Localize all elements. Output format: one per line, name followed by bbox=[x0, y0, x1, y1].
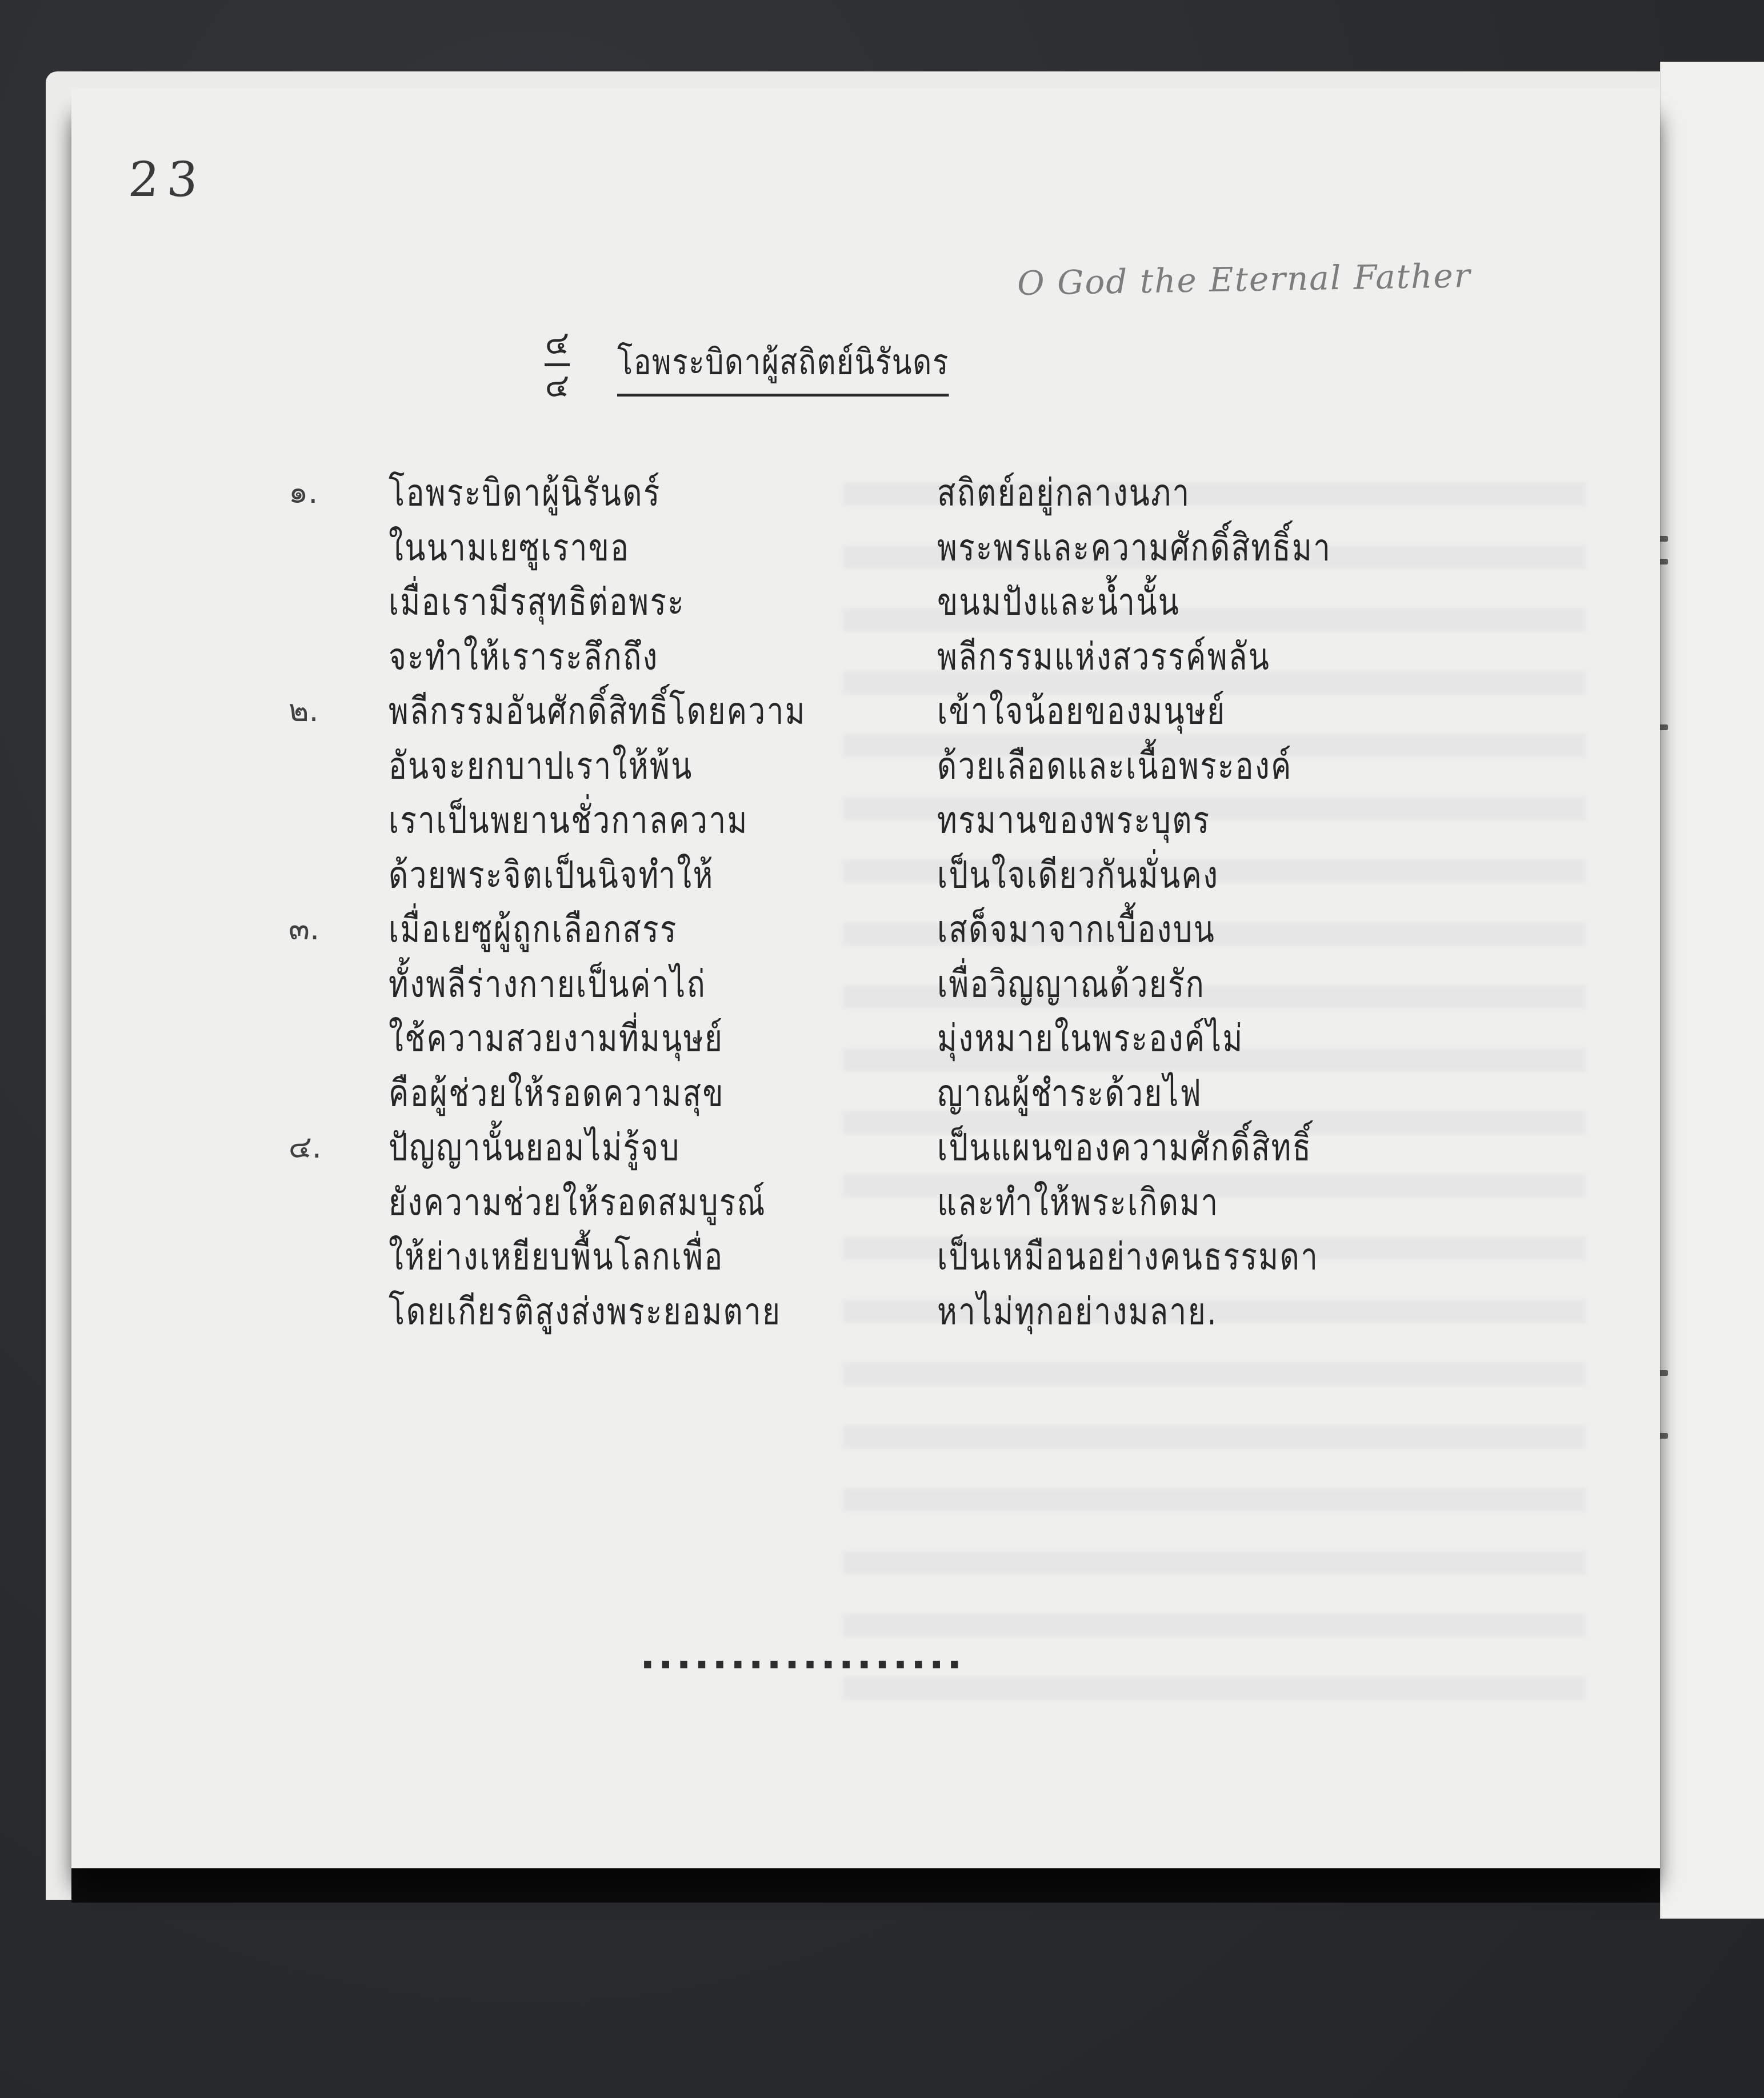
line-second-half: มุ่งหมายในพระองค์ไม่ bbox=[937, 1008, 1244, 1068]
line-first-half: โอพระบิดาผู้นิรันดร์ bbox=[389, 463, 661, 523]
line-second-half: ทรมานของพระบุตร bbox=[937, 790, 1211, 850]
line-second-half: สถิตย์อยู่กลางนภา bbox=[937, 463, 1191, 523]
line-first-half: ให้ย่างเหยียบพื้นโลกเพื่อ bbox=[389, 1227, 724, 1287]
line-first-half: พลีกรรมอันศักดิ์สิทธิ์โดยความ bbox=[389, 681, 806, 741]
page-number: 23 bbox=[127, 151, 208, 207]
adjacent-page-edge bbox=[1660, 62, 1764, 1919]
line-second-half: และทำให้พระเกิดมา bbox=[937, 1172, 1219, 1232]
line-first-half: เราเป็นพยานชั่วกาลความ bbox=[389, 790, 749, 850]
line-first-half: ในนามเยซูเราขอ bbox=[389, 518, 630, 578]
line-first-half: จะทำให้เราระลึกถึง bbox=[389, 627, 659, 687]
line-first-half: ด้วยพระจิตเป็นนิจทำให้ bbox=[389, 845, 714, 905]
dotted-divider: .................. bbox=[640, 1631, 965, 1678]
line-first-half: คือผู้ช่วยให้รอดความสุข bbox=[389, 1063, 725, 1123]
hymn-number-numerator: ๔ bbox=[545, 325, 569, 362]
line-first-half: เมื่อเยซูผู้ถูกเลือกสรร bbox=[389, 899, 678, 959]
adjacent-page-text-fragments bbox=[1661, 62, 1684, 1919]
document-page: 23 O God the Eternal Father ๔ ๔ โอพระบิด… bbox=[71, 89, 1660, 1868]
line-first-half: ปัญญานั้นยอมไม่รู้จบ bbox=[389, 1118, 681, 1178]
stanza-number: ๓. bbox=[289, 904, 319, 953]
hymn-number: ๔ ๔ bbox=[545, 326, 570, 404]
line-first-half: ยังความช่วยให้รอดสมบูรณ์ bbox=[389, 1172, 766, 1232]
stanza-number: ๑. bbox=[289, 467, 318, 517]
line-second-half: พลีกรรมแห่งสวรรค์พลัน bbox=[937, 627, 1270, 687]
line-second-half: หาไม่ทุกอย่างมลาย. bbox=[937, 1282, 1218, 1342]
stanza-number: ๔. bbox=[289, 1122, 322, 1171]
line-first-half: ใช้ความสวยงามที่มนุษย์ bbox=[389, 1008, 723, 1068]
line-second-half: พระพรและความศักดิ์สิทธิ์มา bbox=[937, 518, 1331, 578]
hymn-number-denominator: ๔ bbox=[545, 367, 569, 405]
hymn-title: โอพระบิดาผู้สถิตย์นิรันดร bbox=[617, 334, 949, 397]
line-second-half: เป็นเหมือนอย่างคนธรรมดา bbox=[937, 1227, 1319, 1287]
line-second-half: เป็นใจเดียวกันมั่นคง bbox=[937, 845, 1219, 905]
line-second-half: ญาณผู้ชำระด้วยไฟ bbox=[937, 1063, 1202, 1123]
line-second-half: เป็นแผนของความศักดิ์สิทธิ์ bbox=[937, 1118, 1312, 1178]
line-first-half: เมื่อเรามีรสุทธิต่อพระ bbox=[389, 572, 685, 632]
line-second-half: ด้วยเลือดและเนื้อพระองค์ bbox=[937, 736, 1293, 796]
line-first-half: โดยเกียรติสูงส่งพระยอมตาย bbox=[389, 1282, 781, 1342]
fraction-bar bbox=[545, 363, 570, 366]
line-first-half: อันจะยกบาปเราให้พ้น bbox=[389, 736, 693, 796]
line-second-half: เสด็จมาจากเบื้องบน bbox=[937, 899, 1215, 959]
handwritten-english-title: O God the Eternal Father bbox=[1017, 256, 1471, 303]
line-second-half: เข้าใจน้อยของมนุษย์ bbox=[937, 681, 1226, 741]
line-first-half: ทั้งพลีร่างกายเป็นค่าไถ่ bbox=[389, 954, 706, 1014]
line-second-half: เพื่อวิญญาณด้วยรัก bbox=[937, 954, 1205, 1014]
stanza-number: ๒. bbox=[289, 686, 319, 735]
line-second-half: ขนมปังและน้ำนั้น bbox=[937, 572, 1180, 632]
